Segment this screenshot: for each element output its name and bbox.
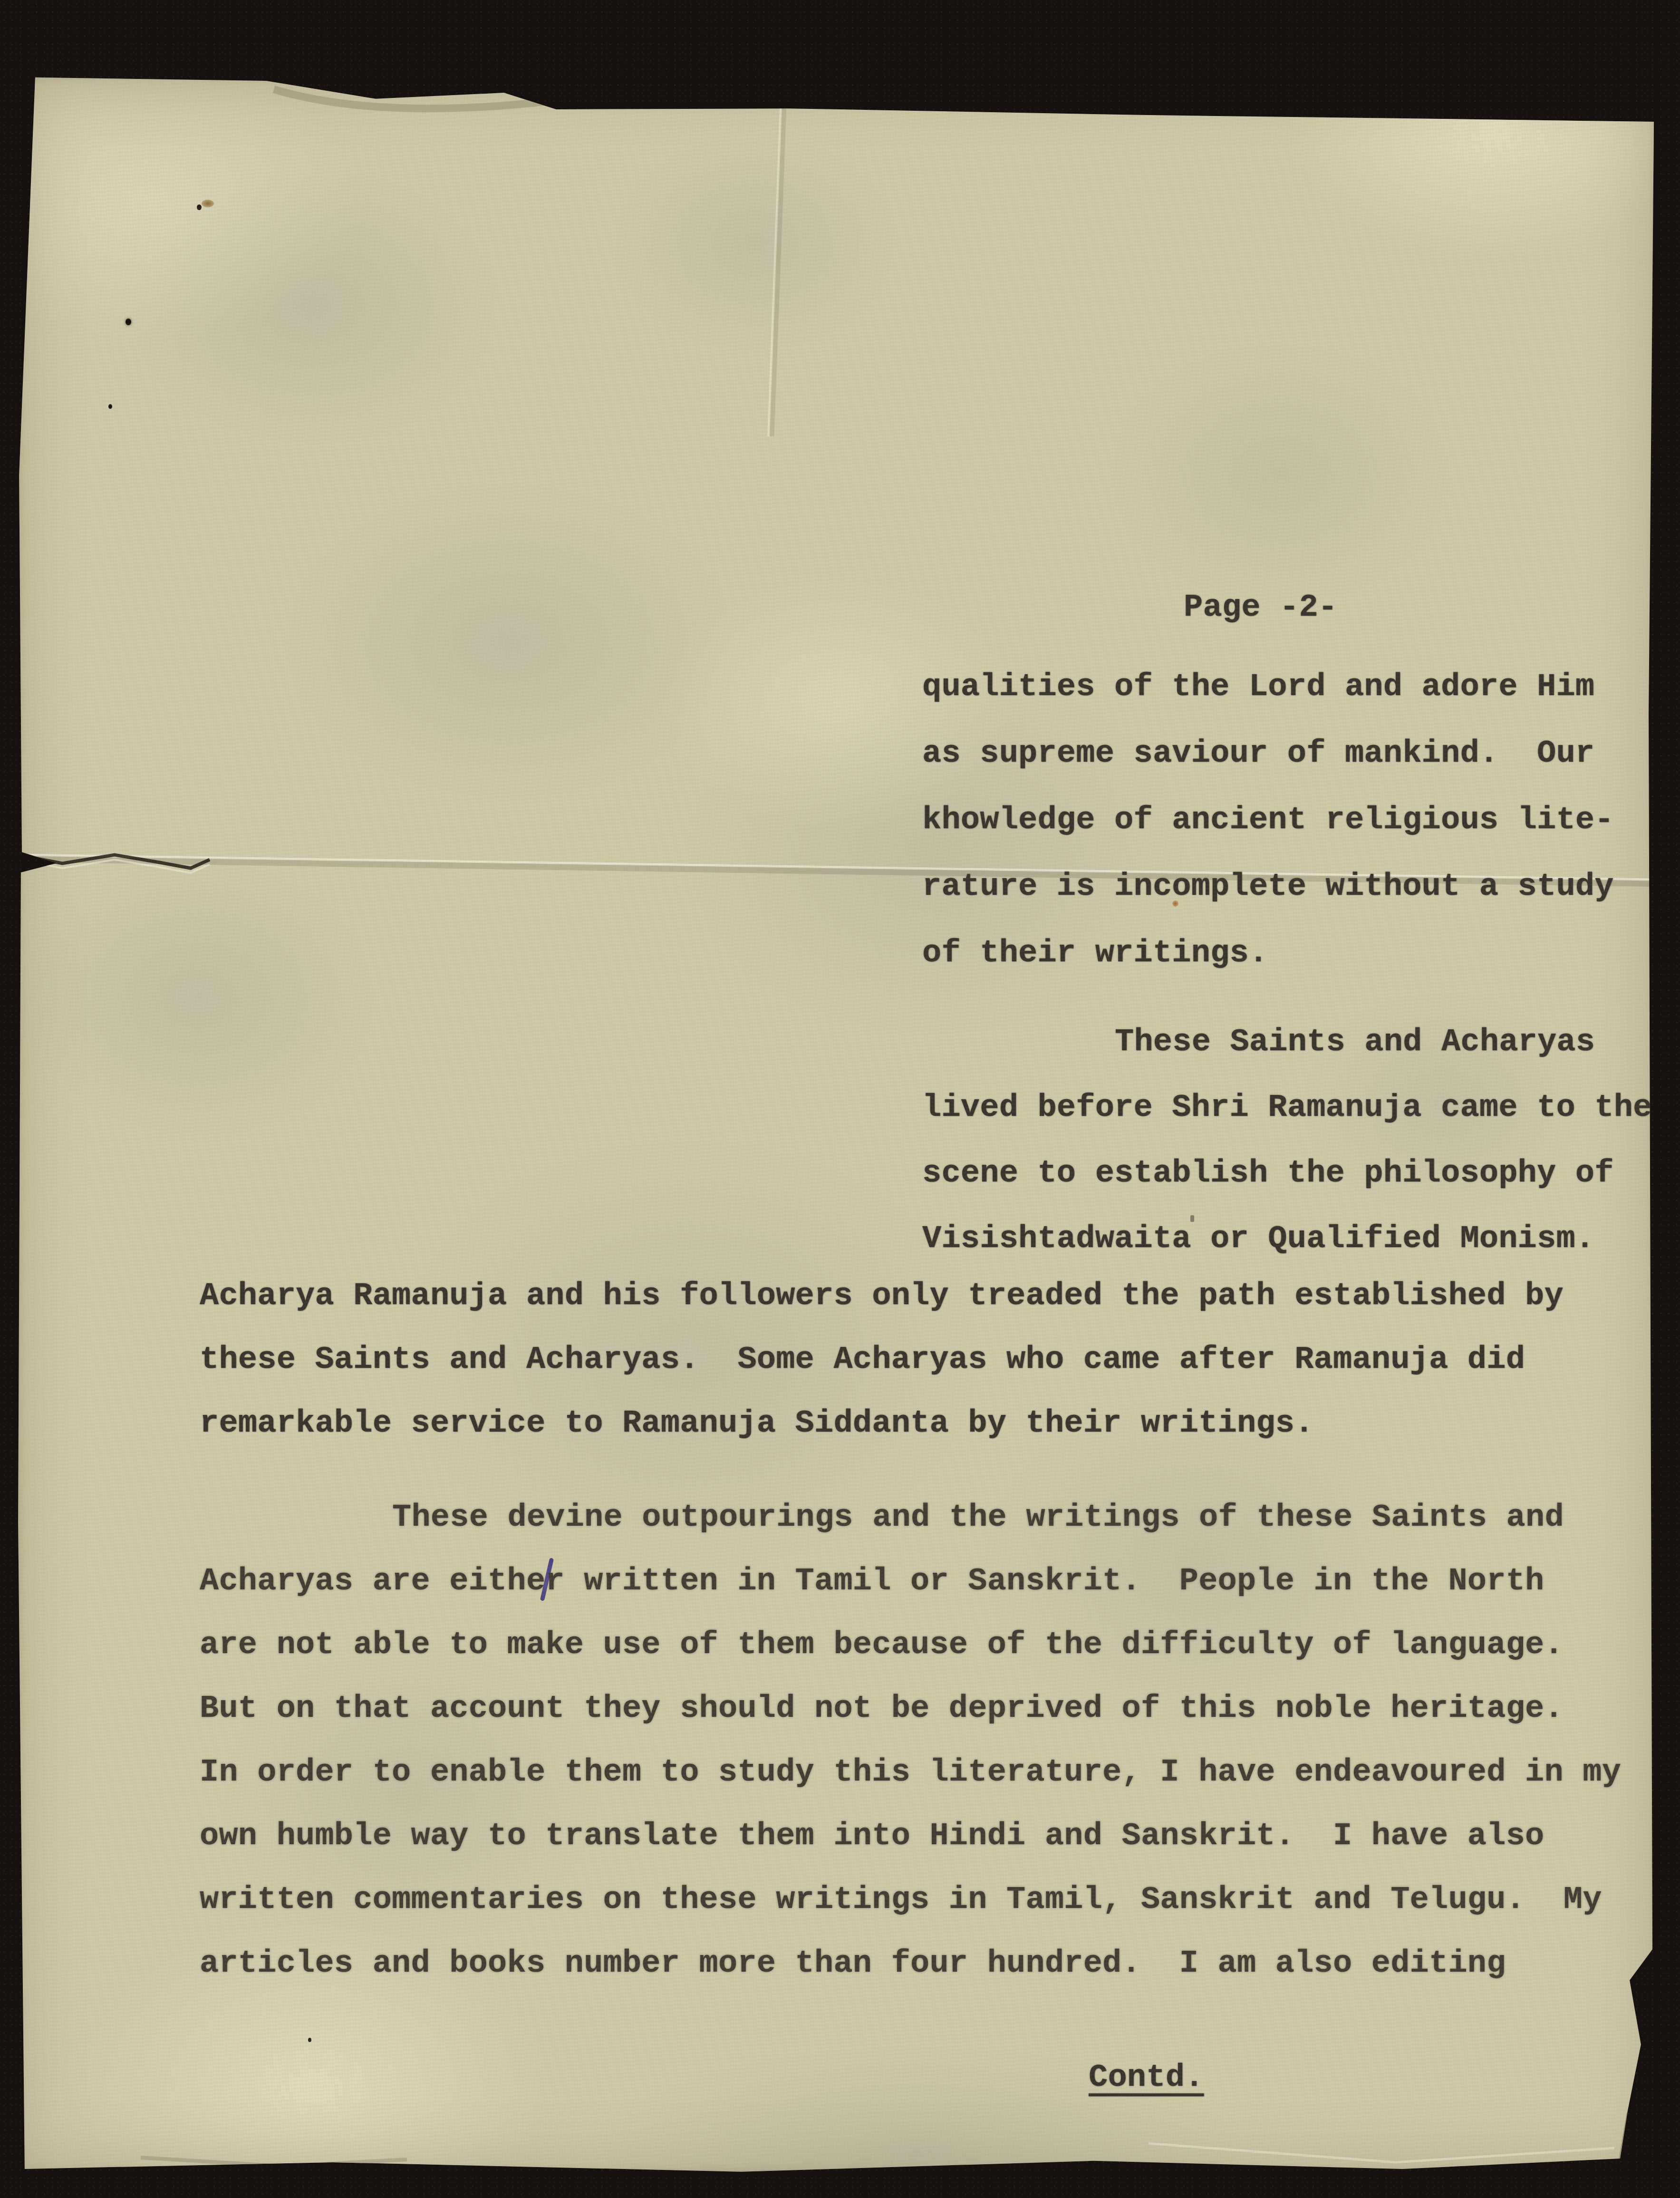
text-line: articles and books number more than four… <box>200 1948 1506 1980</box>
paper-hole <box>197 204 202 210</box>
corner-flap-crease <box>1621 1982 1652 2159</box>
paper-hole <box>126 319 131 325</box>
contd-footer: Contd. <box>1089 2062 1204 2094</box>
text-line: scene to establish the philosophy of <box>922 1158 1614 1190</box>
text-line: are not able to make use of them because… <box>200 1629 1564 1661</box>
text-line: rature is incomplete without a study <box>922 871 1614 903</box>
bottom-crinkle-left <box>141 2158 407 2166</box>
text-line: But on that account they should not be d… <box>200 1693 1564 1725</box>
top-edge-crinkle <box>274 89 550 108</box>
scanned-letter-page: Page -2- qualities of the Lord and adore… <box>0 0 1680 2198</box>
text-line: Acharyas are either written in Tamil or … <box>200 1566 1544 1598</box>
text-line: written commentaries on these writings i… <box>200 1884 1602 1916</box>
text-line: these Saints and Acharyas. Some Acharyas… <box>200 1344 1525 1376</box>
text-line: qualities of the Lord and adore Him <box>922 671 1594 703</box>
paper-sheet: Page -2- qualities of the Lord and adore… <box>17 75 1657 2173</box>
vertical-crease-highlight <box>768 80 782 436</box>
text-line: remarkable service to Ramanuja Siddanta … <box>200 1408 1314 1440</box>
text-line: In order to enable them to study this li… <box>200 1757 1621 1789</box>
bottom-crinkle-right <box>1149 2143 1614 2162</box>
stain-speck <box>202 200 214 207</box>
text-line: lived before Shri Ramanuja came to the <box>922 1092 1652 1124</box>
ink-dot <box>308 2038 311 2042</box>
text-line: of their writings. <box>922 938 1268 969</box>
text-line: Visishtadwaita or Qualified Monism. <box>922 1223 1594 1255</box>
edge-tear-highlight <box>18 860 210 873</box>
text-line: These Saints and Acharyas <box>1115 1026 1595 1058</box>
text-line: khowledge of ancient religious lite- <box>922 804 1614 836</box>
paper-hole <box>108 404 112 409</box>
text-line: Acharya Ramanuja and his followers only … <box>200 1280 1564 1312</box>
vertical-crease-shadow <box>772 80 785 436</box>
text-line: own humble way to translate them into Hi… <box>200 1820 1544 1852</box>
text-line: These devine outpourings and the writing… <box>392 1502 1564 1534</box>
page-number: Page -2- <box>1184 592 1337 624</box>
edge-tear <box>18 855 210 868</box>
edge-speck <box>474 86 479 91</box>
text-line: as supreme saviour of mankind. Our <box>922 738 1594 770</box>
